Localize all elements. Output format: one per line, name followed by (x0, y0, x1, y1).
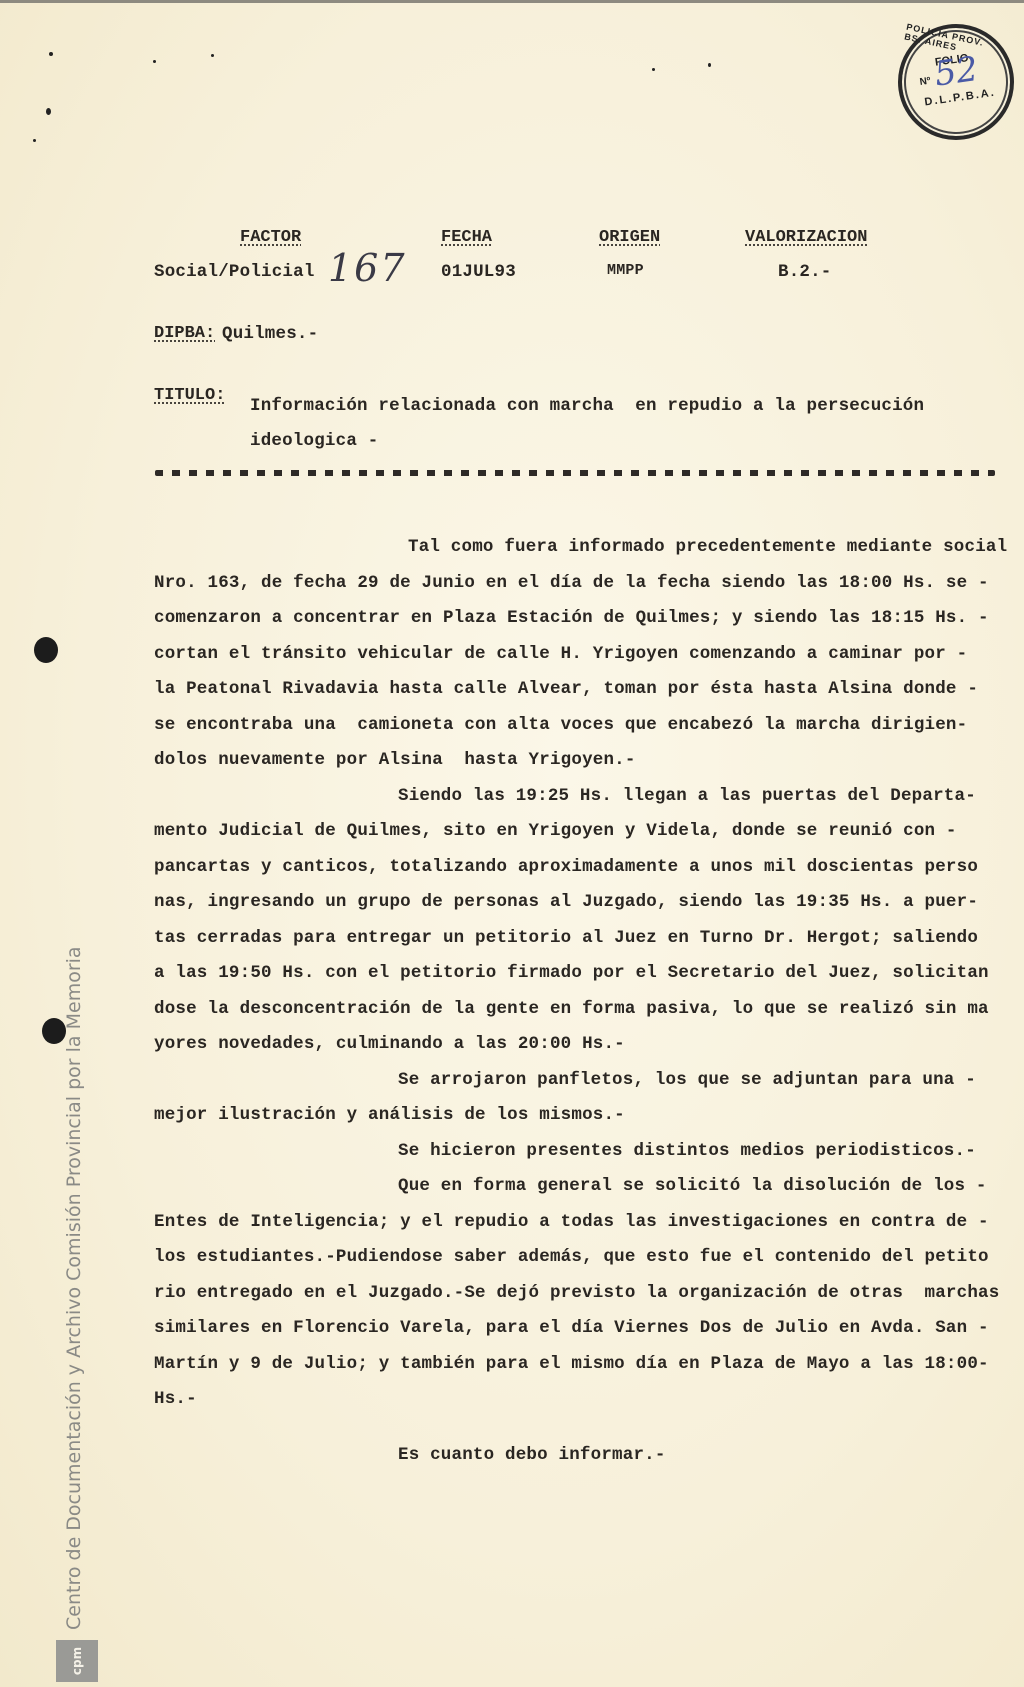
body-line: Hs.- (154, 1389, 1004, 1409)
body-line: dose la desconcentración de la gente en … (154, 999, 1004, 1019)
body-line: Siendo las 19:25 Hs. llegan a las puerta… (398, 786, 976, 806)
body-line: Que en forma general se solicitó la diso… (398, 1176, 987, 1196)
body-line: Entes de Inteligencia; y el repudio a to… (154, 1212, 1004, 1232)
body-line: Se arrojaron panfletos, los que se adjun… (398, 1070, 976, 1090)
origen-value: MMPP (607, 262, 644, 279)
body-line: los estudiantes.-Pudiendose saber además… (154, 1247, 1004, 1267)
body-line: cortan el tránsito vehicular de calle H.… (154, 644, 1004, 664)
body-line: se encontraba una camioneta con alta voc… (154, 715, 1004, 735)
handwritten-number: 167 (328, 246, 407, 290)
body-line: Tal como fuera informado precedentemente… (408, 537, 1007, 557)
factor-value: Social/Policial (154, 262, 315, 282)
dashed-separator (155, 470, 995, 476)
archive-watermark: Centro de Documentación y Archivo Comisi… (63, 946, 85, 1630)
page-top-edge (0, 0, 1024, 3)
punch-hole (34, 637, 58, 663)
ink-speck (708, 63, 711, 67)
body-line: nas, ingresando un grupo de personas al … (154, 892, 1004, 912)
factor-label: FACTOR (240, 228, 301, 247)
stamp-number-prefix: Nº (919, 76, 931, 88)
document-page: POLICIA PROV. BS. AIRES FOLIO Nº 52 D.L.… (0, 0, 1024, 1687)
body-line: mento Judicial de Quilmes, sito en Yrigo… (154, 821, 1004, 841)
titulo-label: TITULO: (154, 386, 225, 405)
body-line: rio entregado en el Juzgado.-Se dejó pre… (154, 1283, 1004, 1303)
body-line: Se hicieron presentes distintos medios p… (398, 1141, 976, 1161)
fecha-label: FECHA (441, 228, 492, 247)
titulo-line: ideologica - (250, 431, 378, 451)
ink-speck (46, 108, 51, 115)
body-line: mejor ilustración y análisis de los mism… (154, 1105, 1004, 1125)
body-line: a las 19:50 Hs. con el petitorio firmado… (154, 963, 1004, 983)
cpm-logo-text: cpm (70, 1647, 84, 1675)
origen-label: ORIGEN (599, 228, 660, 247)
body-line: dolos nuevamente por Alsina hasta Yrigoy… (154, 750, 1004, 770)
body-line: comenzaron a concentrar en Plaza Estació… (154, 608, 1004, 628)
body-line: Es cuanto debo informar.- (398, 1445, 666, 1465)
valorizacion-value: B.2.- (778, 262, 832, 282)
ink-speck (652, 68, 655, 71)
ink-speck (153, 60, 156, 63)
body-line: similares en Florencio Varela, para el d… (154, 1318, 1004, 1338)
cpm-logo-badge: cpm (56, 1640, 98, 1682)
body-line: Martín y 9 de Julio; y también para el m… (154, 1354, 1004, 1374)
dipba-value: Quilmes.- (222, 324, 318, 344)
dipba-label: DIPBA: (154, 324, 215, 343)
titulo-line: Información relacionada con marcha en re… (250, 396, 924, 416)
body-line: tas cerradas para entregar un petitorio … (154, 928, 1004, 948)
body-line: la Peatonal Rivadavia hasta calle Alvear… (154, 679, 1004, 699)
valorizacion-label: VALORIZACION (745, 228, 867, 247)
ink-speck (211, 54, 214, 57)
body-line: yores novedades, culminando a las 20:00 … (154, 1034, 1004, 1054)
folio-stamp: POLICIA PROV. BS. AIRES FOLIO Nº 52 D.L.… (890, 16, 1021, 147)
body-line: Nro. 163, de fecha 29 de Junio en el día… (154, 573, 1004, 593)
fecha-value: 01JUL93 (441, 262, 516, 282)
ink-speck (33, 139, 36, 142)
ink-speck (49, 52, 53, 56)
body-line: pancartas y canticos, totalizando aproxi… (154, 857, 1004, 877)
stamp-folio-number: 52 (932, 49, 980, 95)
